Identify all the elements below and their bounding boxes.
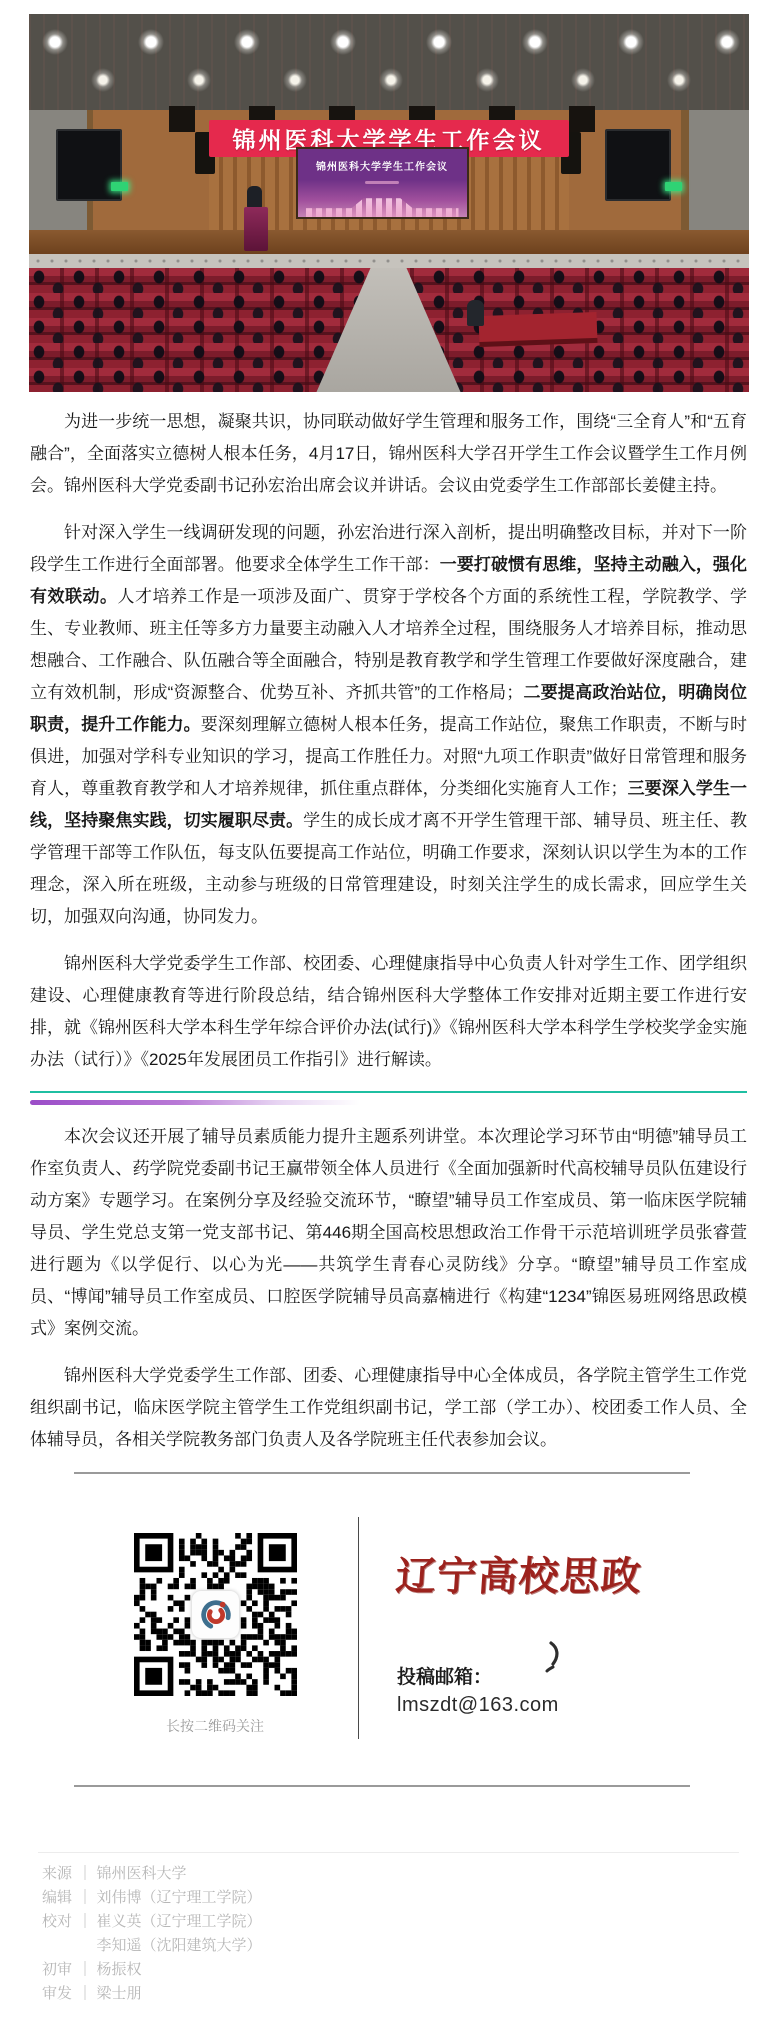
credit-person-name: 杨振权: [97, 1958, 142, 1982]
conference-photo: 锦州医科大学学生工作会议 锦州医科大学学生工作会议: [29, 14, 749, 392]
credit-row: 编辑｜刘伟博（辽宁理工学院）: [42, 1886, 777, 1910]
follow-top-rule: [74, 1472, 690, 1474]
swirl-logo-icon: [197, 1596, 235, 1634]
credit-separator: ｜: [74, 1862, 97, 1886]
credit-role-label: 来源: [42, 1862, 74, 1886]
credit-person-name: 梁士朋: [97, 1982, 142, 2006]
photo-podium: [244, 207, 268, 251]
paragraph-text: 本次会议还开展了辅导员素质能力提升主题系列讲堂。本次理论学习环节由“明德”辅导员…: [30, 1127, 747, 1338]
article-page: 锦州医科大学学生工作会议 锦州医科大学学生工作会议 为进一步统一思想，凝聚共识，…: [0, 0, 777, 2028]
body-paragraph: 锦州医科大学党委学生工作部、团委、心理健康指导中心全体成员，各学院主管学生工作党…: [30, 1360, 747, 1456]
projection-screen-title: 锦州医科大学学生工作会议: [316, 158, 448, 173]
credit-role-label: [42, 1934, 74, 1958]
vertical-divider: [358, 1517, 359, 1739]
credit-row: ｜李知遥（沈阳建筑大学）: [42, 1934, 777, 1958]
credit-row: 来源｜锦州医科大学: [42, 1862, 777, 1886]
projection-screen-building-art: [306, 195, 459, 217]
brand-calligraphy: 辽宁高校思政: [394, 1545, 698, 1602]
credit-role-label: 校对: [42, 1910, 74, 1934]
account-logo-icon: [192, 1591, 239, 1638]
paragraph-text: 锦州医科大学党委学生工作部、团委、心理健康指导中心全体成员，各学院主管学生工作党…: [30, 1366, 747, 1449]
teal-divider: [30, 1091, 747, 1093]
credit-separator: ｜: [74, 1886, 97, 1910]
email-address: lmszdt@163.com: [397, 1694, 559, 1717]
paragraph-text: 为进一步统一思想，凝聚共识，协同联动做好学生管理和服务工作，围绕“三全育人”和“…: [30, 412, 747, 495]
follow-bottom-rule: [74, 1785, 690, 1787]
body-paragraph: 本次会议还开展了辅导员素质能力提升主题系列讲堂。本次理论学习环节由“明德”辅导员…: [30, 1121, 747, 1345]
body-paragraph: 为进一步统一思想，凝聚共识，协同联动做好学生管理和服务工作，围绕“三全育人”和“…: [30, 406, 747, 502]
brush-mark-decoration: [543, 1640, 565, 1679]
purple-gradient-divider: [30, 1100, 360, 1105]
paragraph-group-top: 为进一步统一思想，凝聚共识，协同联动做好学生管理和服务工作，围绕“三全育人”和“…: [30, 406, 747, 1076]
credit-separator: ｜: [74, 1982, 97, 2006]
credit-role-label: 初审: [42, 1958, 74, 1982]
body-paragraph: 针对深入学生一线调研发现的问题，孙宏治进行深入剖析，提出明确整改目标，并对下一阶…: [30, 517, 747, 933]
photo-av-table: [478, 312, 597, 347]
photo-ceiling-lights: [29, 14, 749, 110]
photo-stage-floor: [29, 230, 749, 256]
credit-role-label: 审发: [42, 1982, 74, 2006]
credit-separator: ｜: [74, 1958, 97, 1982]
credit-row: 初审｜杨振权: [42, 1958, 777, 1982]
photo-speaker-person: [247, 186, 262, 208]
projection-screen: 锦州医科大学学生工作会议: [298, 149, 467, 217]
credit-separator: ｜: [74, 1910, 97, 1934]
exit-sign-icon: [111, 182, 128, 191]
photo-side-screen-right: [605, 129, 671, 201]
paragraph-group-bottom: 本次会议还开展了辅导员素质能力提升主题系列讲堂。本次理论学习环节由“明德”辅导员…: [30, 1121, 747, 1456]
email-label: 投稿邮箱：: [397, 1662, 492, 1689]
projection-screen-subtitle: [365, 181, 399, 184]
body-paragraph: 锦州医科大学党委学生工作部、校团委、心理健康指导中心负责人针对学生工作、团学组织…: [30, 948, 747, 1076]
credit-person-name: 刘伟博（辽宁理工学院）: [97, 1886, 262, 1910]
qr-caption: 长按二维码关注: [120, 1716, 310, 1736]
credits-footer: 来源｜锦州医科大学编辑｜刘伟博（辽宁理工学院）校对｜崔义英（辽宁理工学院）｜李知…: [0, 1852, 777, 2028]
credit-row: 校对｜崔义英（辽宁理工学院）: [42, 1910, 777, 1934]
article-body: 为进一步统一思想，凝聚共识，协同联动做好学生管理和服务工作，围绕“三全育人”和“…: [0, 392, 777, 1456]
credit-person-name: 锦州医科大学: [97, 1862, 187, 1886]
credit-person-name: 崔义英（辽宁理工学院）: [97, 1910, 262, 1934]
credits-rows: 来源｜锦州医科大学编辑｜刘伟博（辽宁理工学院）校对｜崔义英（辽宁理工学院）｜李知…: [0, 1853, 777, 2028]
credit-person-name: 李知遥（沈阳建筑大学）: [97, 1934, 262, 1958]
credit-row: 审发｜梁士朋: [42, 1982, 777, 2006]
follow-section: 长按二维码关注 辽宁高校思政 投稿邮箱： lmszdt@163.com: [0, 1472, 777, 1804]
qr-code: [134, 1533, 297, 1696]
credit-role-label: 编辑: [42, 1886, 74, 1910]
paragraph-text: 锦州医科大学党委学生工作部、校团委、心理健康指导中心负责人针对学生工作、团学组织…: [30, 954, 747, 1069]
photo-av-operator: [467, 300, 484, 326]
exit-sign-icon: [665, 182, 682, 191]
